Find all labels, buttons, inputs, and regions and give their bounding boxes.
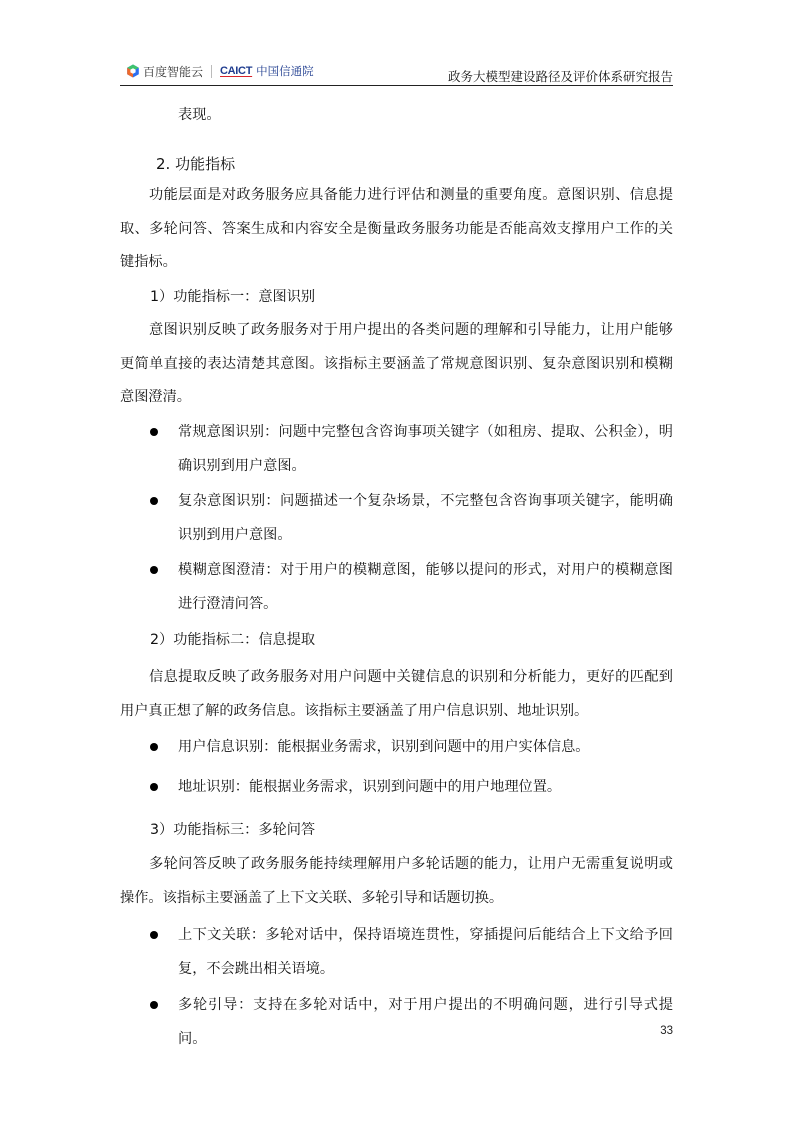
bullet-dot-icon [150, 428, 158, 436]
bullet-text: 多轮引导：支持在多轮对话中，对于用户提出的不明确问题，进行引导式提问。 [178, 989, 673, 1056]
report-title: 政务大模型建设路径及评价体系研究报告 [448, 67, 673, 85]
info-extraction-paragraph: 信息提取反映了政务服务对用户问题中关键信息的识别和分析能力，更好的匹配到用户真正… [120, 661, 673, 728]
bullet-dot-icon [150, 1001, 158, 1009]
bullet-dot-icon [150, 566, 158, 574]
bullet-text: 模糊意图澄清：对于用户的模糊意图，能够以提问的形式，对用户的模糊意图进行澄清问答… [178, 554, 673, 621]
bullet-text: 地址识别：能根据业务需求，识别到问题中的用户地理位置。 [178, 771, 673, 805]
subsection-heading-2: 2）功能指标二：信息提取 [150, 629, 315, 649]
bullet-dot-icon [150, 743, 158, 751]
logo-divider [211, 65, 212, 78]
bullet-text: 常规意图识别：问题中完整包含咨询事项关键字（如租房、提取、公积金），明确识别到用… [178, 416, 673, 483]
bullet-text: 用户信息识别：能根据业务需求，识别到问题中的用户实体信息。 [178, 731, 673, 765]
continued-text: 表现。 [178, 104, 221, 124]
baidu-cloud-logo-icon [126, 64, 140, 78]
bullet-text: 上下文关联：多轮对话中，保持语境连贯性，穿插提问后能结合上下文给予回复，不会跳出… [178, 919, 673, 986]
bullet-dot-icon [150, 783, 158, 791]
page-number: 33 [660, 1025, 673, 1037]
caict-logo-cn: 中国信通院 [256, 63, 314, 79]
bullet-dot-icon [150, 931, 158, 939]
bullet-text: 复杂意图识别：问题描述一个复杂场景，不完整包含咨询事项关键字，能明确识别到用户意… [178, 485, 673, 552]
subsection-heading-3: 3）功能指标三：多轮问答 [150, 819, 315, 839]
section-heading: 2. 功能指标 [156, 153, 235, 174]
baidu-logo-text: 百度智能云 [143, 63, 203, 80]
subsection-heading-1: 1）功能指标一：意图识别 [150, 286, 315, 306]
bullet-dot-icon [150, 497, 158, 505]
multi-turn-paragraph: 多轮问答反映了政务服务能持续理解用户多轮话题的能力，让用户无需重复说明或操作。该… [120, 848, 673, 915]
intent-paragraph: 意图识别反映了政务服务对于用户提出的各类问题的理解和引导能力，让用户能够更简单直… [120, 314, 673, 415]
header-divider [120, 85, 673, 86]
intro-paragraph: 功能层面是对政务服务应具备能力进行评估和测量的重要角度。意图识别、信息提取、多轮… [120, 179, 673, 280]
page-header: 百度智能云 CAICT 中国信通院 政务大模型建设路径及评价体系研究报告 [120, 58, 673, 86]
logo-group: 百度智能云 CAICT 中国信通院 [126, 62, 314, 80]
caict-logo-en: CAICT [220, 65, 252, 77]
